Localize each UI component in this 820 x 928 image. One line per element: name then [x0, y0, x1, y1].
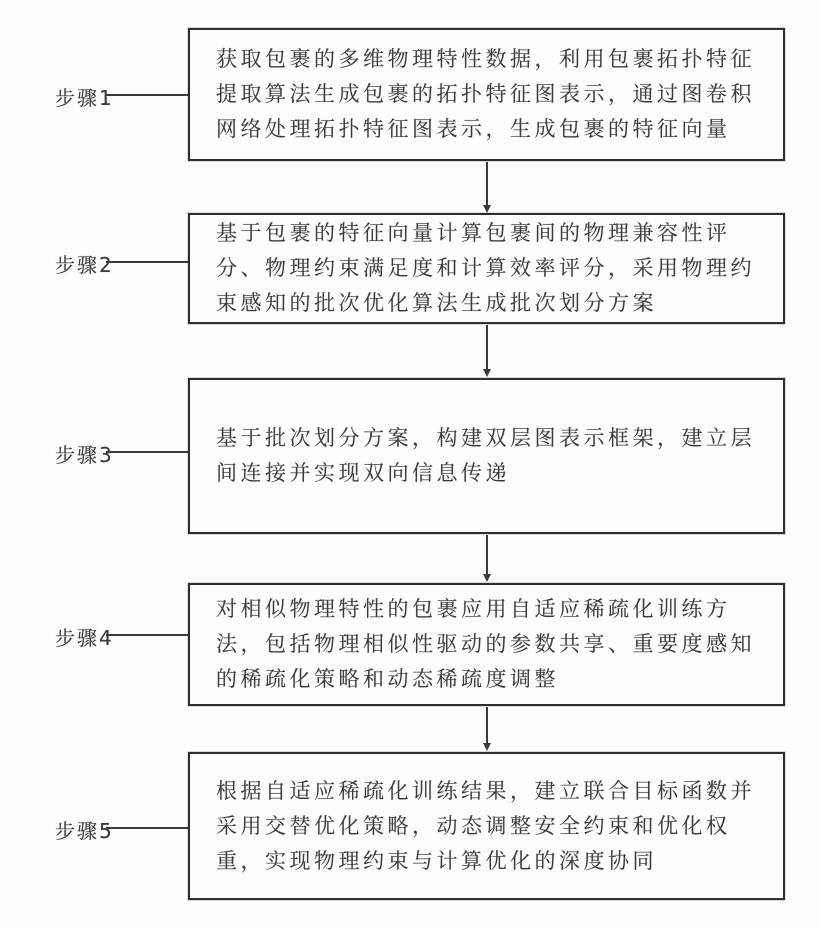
arrow-down-icon [483, 743, 491, 751]
connector-4-5 [486, 707, 488, 746]
arrow-down-icon [483, 369, 491, 377]
step-3-text: 基于批次划分方案，构建双层图表示框架，建立层 间连接并实现双向信息传递 [190, 415, 781, 497]
step-4-label: 步骤4 [55, 622, 119, 651]
step-1-label: 步骤1 [55, 82, 119, 111]
step-4-text: 对相似物理特性的包裹应用自适应稀疏化训练方 法，包括物理相似性驱动的参数共享、重… [190, 586, 781, 703]
step-2-label: 步骤2 [55, 249, 119, 278]
step-2-text: 基于包裹的特征向量计算包裹间的物理兼容性评 分、物理约束满足度和计算效率评分，采… [190, 210, 781, 327]
step-1-text: 获取包裹的多维物理特性数据，利用包裹拓扑特征 提取算法生成包裹的拓扑特征图表示，… [190, 36, 781, 153]
connector-3-4 [486, 535, 488, 577]
step-5-label: 步骤5 [55, 815, 119, 844]
connector-1-2 [486, 162, 488, 208]
step-3-connector-line [106, 451, 188, 453]
step-2-box: 基于包裹的特征向量计算包裹间的物理兼容性评 分、物理约束满足度和计算效率评分，采… [188, 213, 785, 324]
connector-2-3 [486, 325, 488, 372]
step-2-connector-line [106, 261, 188, 263]
step-5-text: 根据自适应稀疏化训练结果，建立联合目标函数并 采用交替优化策略，动态调整安全约束… [190, 768, 781, 885]
step-5-connector-line [106, 827, 188, 829]
step-1-box: 获取包裹的多维物理特性数据，利用包裹拓扑特征 提取算法生成包裹的拓扑特征图表示，… [188, 28, 785, 161]
step-3-label: 步骤3 [55, 439, 119, 468]
step-5-box: 根据自适应稀疏化训练结果，建立联合目标函数并 采用交替优化策略，动态调整安全约束… [188, 752, 785, 900]
step-1-connector-line [106, 94, 188, 96]
arrow-down-icon [483, 574, 491, 582]
step-4-connector-line [106, 634, 188, 636]
flowchart-figure: 步骤1 获取包裹的多维物理特性数据，利用包裹拓扑特征 提取算法生成包裹的拓扑特征… [0, 0, 820, 928]
step-4-box: 对相似物理特性的包裹应用自适应稀疏化训练方 法，包括物理相似性驱动的参数共享、重… [188, 583, 785, 706]
step-3-box: 基于批次划分方案，构建双层图表示框架，建立层 间连接并实现双向信息传递 [188, 378, 785, 534]
